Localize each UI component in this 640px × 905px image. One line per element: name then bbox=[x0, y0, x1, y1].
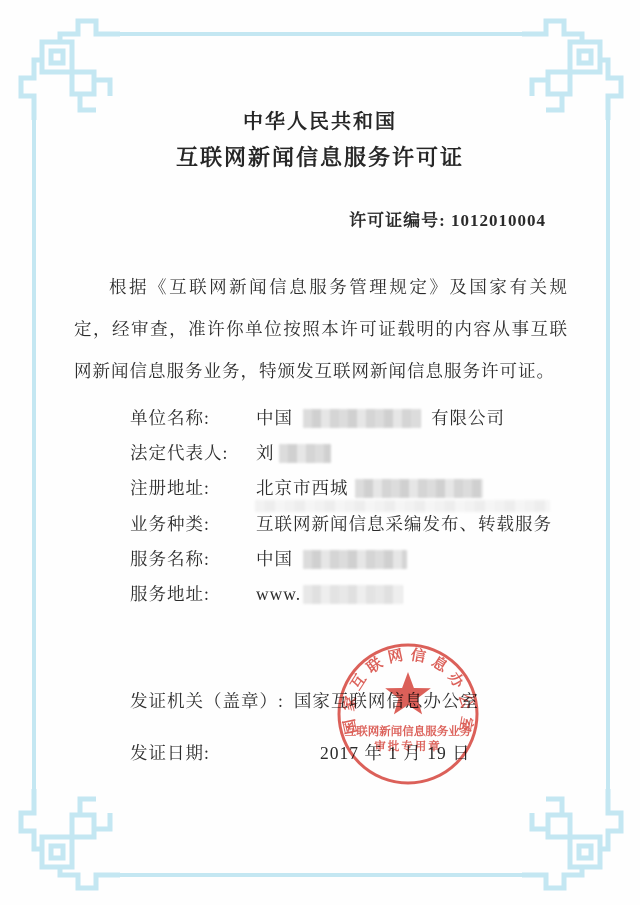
issuer-label: 发证机关（盖章）: bbox=[130, 691, 284, 711]
seal-line1: 互联网新闻信息服务业务 bbox=[345, 724, 472, 738]
redaction-blur-secondary bbox=[255, 500, 550, 512]
corner-ornament-bottom-right bbox=[522, 789, 632, 899]
field-label: 服务名称: bbox=[130, 542, 256, 577]
corner-ornament-bottom-left bbox=[10, 789, 120, 899]
doc-title-country: 中华人民共和国 bbox=[0, 105, 640, 134]
official-seal: 国家互联网信息办公室 互联网新闻信息服务业务 审批专用章 bbox=[336, 642, 480, 786]
seal-star-icon bbox=[385, 672, 431, 714]
field-value: 互联网新闻信息采编发布、转载服务 bbox=[256, 514, 552, 534]
field-label: 业务种类: bbox=[130, 507, 256, 542]
body-paragraph: 根据《互联网新闻信息服务管理规定》及国家有关规定，经审查，准许你单位按照本许可证… bbox=[74, 266, 568, 392]
redaction-blur bbox=[279, 444, 331, 463]
field-row-unit-name: 单位名称:中国有限公司 bbox=[130, 401, 580, 436]
redaction-blur bbox=[355, 479, 483, 498]
field-row-legal-rep: 法定代表人:刘 bbox=[130, 436, 580, 471]
field-row-service-name: 服务名称:中国 bbox=[130, 542, 580, 577]
doc-title-license: 互联网新闻信息服务许可证 bbox=[0, 141, 640, 172]
field-value: 北京市西城 bbox=[256, 478, 493, 498]
field-label: 单位名称: bbox=[130, 401, 256, 436]
redaction-blur bbox=[303, 550, 407, 569]
field-label: 服务地址: bbox=[130, 577, 256, 612]
date-label: 发证日期: bbox=[130, 740, 320, 765]
corner-ornament-top-right bbox=[522, 10, 632, 120]
field-value: 中国有限公司 bbox=[256, 408, 505, 428]
license-number-label: 许可证编号: bbox=[349, 211, 446, 230]
certificate-page: 中华人民共和国 互联网新闻信息服务许可证 许可证编号: 1012010004 根… bbox=[0, 0, 640, 905]
field-label: 注册地址: bbox=[130, 471, 256, 506]
field-value: www. bbox=[256, 584, 413, 604]
seal-ring bbox=[339, 645, 477, 783]
corner-ornament-top-left bbox=[10, 10, 120, 120]
redaction-blur bbox=[303, 409, 421, 428]
border-bottom bbox=[104, 873, 536, 877]
field-label: 法定代表人: bbox=[130, 436, 256, 471]
field-value: 刘 bbox=[256, 443, 341, 463]
fields-block: 单位名称:中国有限公司 法定代表人:刘 注册地址:北京市西城 业务种类:互联网新… bbox=[130, 401, 580, 612]
border-top bbox=[104, 32, 536, 36]
license-number-value: 1012010004 bbox=[451, 211, 546, 230]
border-right bbox=[606, 104, 610, 805]
license-number-line: 许可证编号: 1012010004 bbox=[349, 206, 546, 231]
field-row-service-address: 服务地址:www. bbox=[130, 577, 580, 612]
redaction-blur bbox=[303, 585, 403, 604]
field-value: 中国 bbox=[256, 549, 417, 569]
seal-line2: 审批专用章 bbox=[374, 739, 442, 753]
border-left bbox=[32, 104, 36, 805]
